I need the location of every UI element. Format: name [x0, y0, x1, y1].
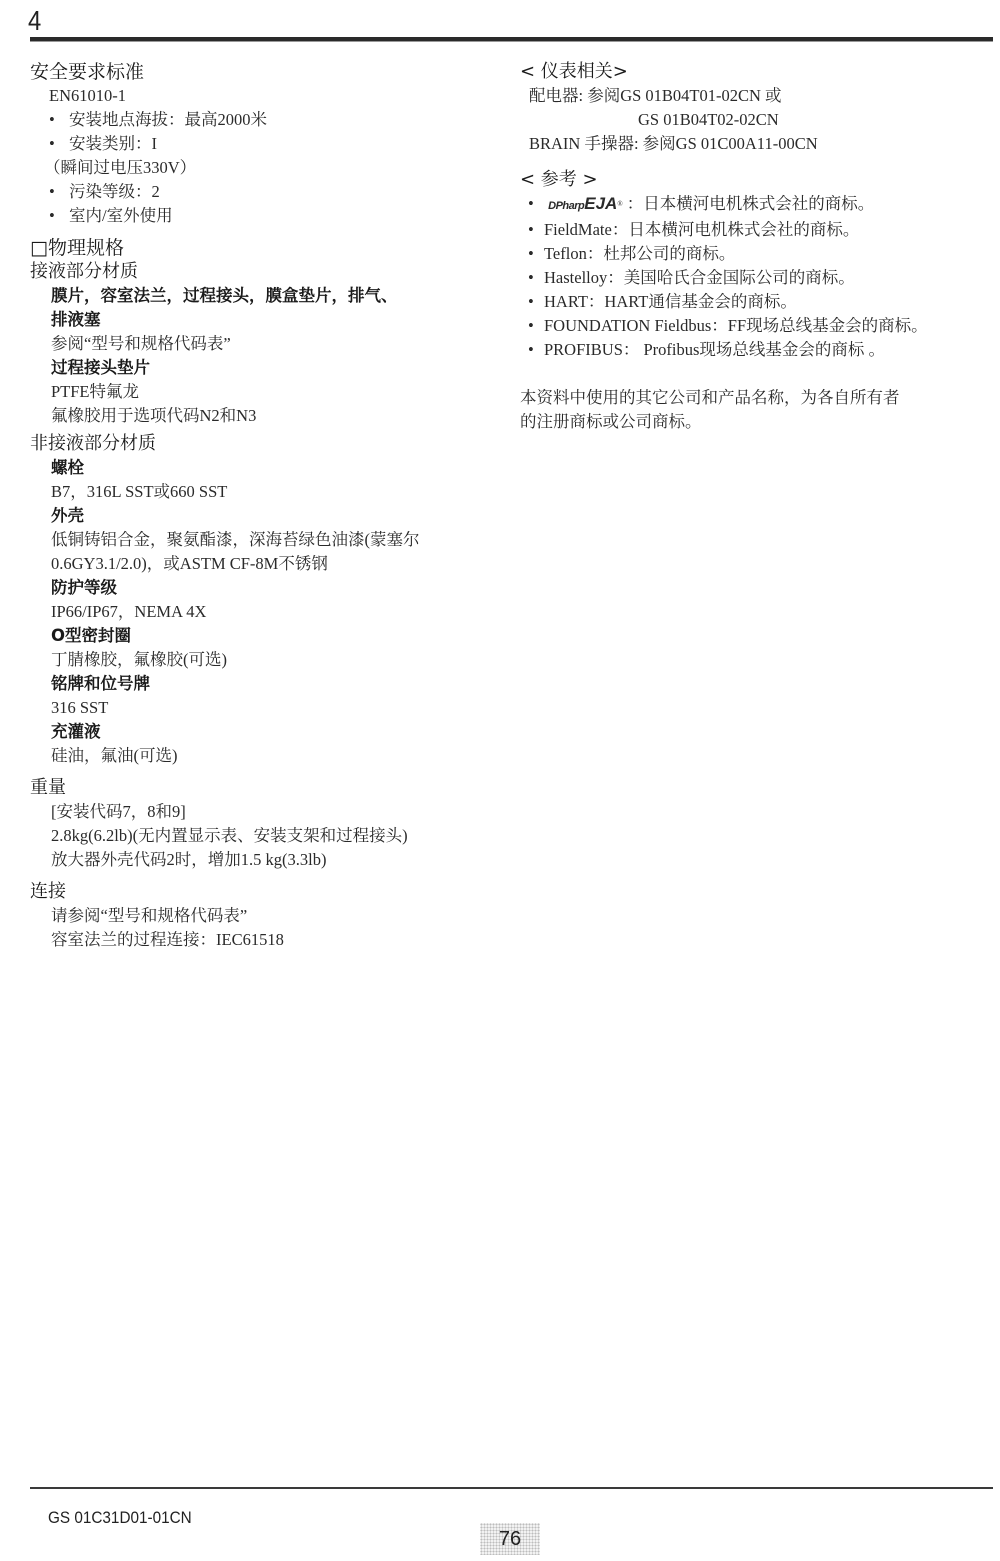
wetted-title: 接液部分材质	[30, 260, 500, 284]
weight-line1: [安装代码7，8和9]	[30, 800, 500, 824]
weight-section: 重量 [安装代码7，8和9] 2.8kg(6.2lb)(无内置显示表、安装支架和…	[30, 776, 500, 872]
bolt-title: 螺栓	[30, 456, 500, 480]
protection-value: IP66/IP67，NEMA 4X	[30, 600, 500, 624]
nonwetted-title: 非接液部分材质	[30, 432, 500, 456]
weight-title: 重量	[30, 776, 500, 800]
nameplate-value: 316 SST	[30, 696, 500, 720]
reference-item-profibus: PROFIBUS： Profibus现场总线基金会的商标 。	[520, 338, 995, 362]
distributor-line2: GS 01B04T02-02CN	[520, 108, 995, 132]
safety-note: （瞬间过电压330V）	[30, 156, 500, 180]
weight-line3: 放大器外壳代码2时，增加1.5 kg(3.3lb)	[30, 848, 500, 872]
housing-line1: 低铜铸铝合金，聚氨酯漆，深海苔绿色油漆(蒙塞尔	[30, 528, 500, 552]
gasket-line1: PTFE特氟龙	[30, 380, 500, 404]
safety-item-altitude: 安装地点海拔：最高2000米	[30, 108, 500, 132]
header-rule	[30, 37, 993, 42]
connection-line1: 请参阅“型号和规格代码表”	[30, 904, 500, 928]
nameplate-title: 铭牌和位号牌	[30, 672, 500, 696]
oring-title: O型密封圈	[30, 624, 500, 648]
chapter-number: 4	[28, 4, 41, 38]
gasket-title: 过程接头垫片	[30, 356, 500, 380]
trademark-note-line1: 本资料中使用的其它公司和产品名称，为各自所有者	[520, 386, 995, 410]
reference-item-hart: HART：HART通信基金会的商标。	[520, 290, 995, 314]
connection-line2: 容室法兰的过程连接：IEC61518	[30, 928, 500, 952]
dpharp-eja-logo: DPharpEJA®	[548, 194, 627, 213]
brain-line: BRAIN 手操器: 参阅GS 01C00A11-00CN	[520, 132, 995, 156]
distributor-line1: 配电器: 参阅GS 01B04T01-02CN 或	[520, 84, 995, 108]
connection-section: 连接 请参阅“型号和规格代码表” 容室法兰的过程连接：IEC61518	[30, 880, 500, 952]
safety-item-pollution: 污染等级：2	[30, 180, 500, 204]
document-number: GS 01C31D01-01CN	[48, 1508, 192, 1528]
page-number: 76	[480, 1523, 540, 1555]
safety-item-category: 安装类别：I	[30, 132, 500, 156]
safety-title: 安全要求标准	[30, 60, 500, 84]
left-column: 安全要求标准 EN61010-1 安装地点海拔：最高2000米 安装类别：I （…	[30, 60, 500, 952]
wetted-parts-line1: 膜片，容室法兰，过程接头，膜盒垫片，排气、	[30, 284, 500, 308]
safety-section: 安全要求标准 EN61010-1 安装地点海拔：最高2000米 安装类别：I （…	[30, 60, 500, 228]
footer-rule	[30, 1487, 993, 1489]
reference-section: < 参考 > DPharpEJA® ：日本横河电机株式会社的商标。 FieldM…	[520, 168, 995, 434]
connection-title: 连接	[30, 880, 500, 904]
reference-item-hastelloy: Hastelloy：美国哈氏合金国际公司的商标。	[520, 266, 995, 290]
protection-title: 防护等级	[30, 576, 500, 600]
reference-title: < 参考 >	[520, 168, 995, 192]
wetted-parts-ref: 参阅“型号和规格代码表”	[30, 332, 500, 356]
reference-item-teflon: Teflon：杜邦公司的商标。	[520, 242, 995, 266]
wetted-parts-line2: 排液塞	[30, 308, 500, 332]
reference-item-foundation: FOUNDATION Fieldbus：FF现场总线基金会的商标。	[520, 314, 995, 338]
fill-value: 硅油，氟油(可选)	[30, 744, 500, 768]
housing-line2: 0.6GY3.1/2.0)，或ASTM CF-8M不锈钢	[30, 552, 500, 576]
weight-line2: 2.8kg(6.2lb)(无内置显示表、安装支架和过程接头)	[30, 824, 500, 848]
bolt-value: B7，316L SST或660 SST	[30, 480, 500, 504]
physical-title: □物理规格	[30, 236, 500, 260]
oring-value: 丁腈橡胶，氟橡胶(可选)	[30, 648, 500, 672]
safety-item-usage: 室内/室外使用	[30, 204, 500, 228]
gasket-line2: 氟橡胶用于选项代码N2和N3	[30, 404, 500, 428]
physical-section: □物理规格 接液部分材质 膜片，容室法兰，过程接头，膜盒垫片，排气、 排液塞 参…	[30, 236, 500, 768]
reference-item-text: ：日本横河电机株式会社的商标。	[627, 194, 875, 213]
instruments-title: < 仪表相关>	[520, 60, 995, 84]
safety-standard: EN61010-1	[30, 84, 500, 108]
right-column: < 仪表相关> 配电器: 参阅GS 01B04T01-02CN 或 GS 01B…	[520, 60, 995, 434]
instruments-section: < 仪表相关> 配电器: 参阅GS 01B04T01-02CN 或 GS 01B…	[520, 60, 995, 156]
fill-title: 充灌液	[30, 720, 500, 744]
reference-item-fieldmate: FieldMate：日本横河电机株式会社的商标。	[520, 218, 995, 242]
housing-title: 外壳	[30, 504, 500, 528]
reference-item-dpharp: DPharpEJA® ：日本横河电机株式会社的商标。	[520, 192, 995, 218]
trademark-note-line2: 的注册商标或公司商标。	[520, 410, 995, 434]
